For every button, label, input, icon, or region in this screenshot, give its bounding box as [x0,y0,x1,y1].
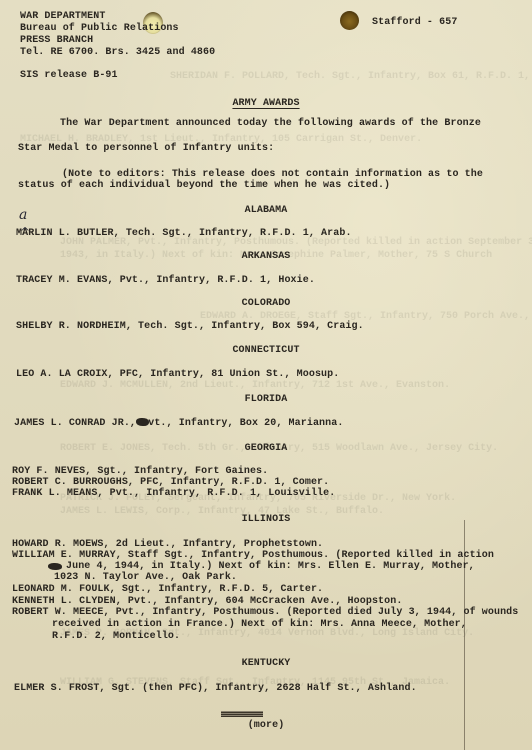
letterhead-department: WAR DEPARTMENT [20,11,105,23]
award-entry-continuation: 1023 N. Taylor Ave., Oak Park. [54,572,237,584]
bleed-through-text: EDWARD J. MCMULLEN, 2nd Lieut., Infantry… [60,380,450,391]
state-heading-illinois: ILLINOIS [0,514,532,526]
letterhead-bureau: Bureau of Public Relations [20,23,179,35]
state-heading-kentucky: KENTUCKY [0,658,532,670]
award-entry: ROBERT W. MEECE, Pvt., Infantry, Posthum… [12,607,518,619]
editor-note-line-2: status of each individual beyond the tim… [18,180,390,192]
document-page: SHERIDAN F. POLLARD, Tech. Sgt., Infantr… [0,0,532,750]
award-entry: LEO A. LA CROIX, PFC, Infantry, 81 Union… [16,369,339,381]
state-heading-florida: FLORIDA [0,394,532,406]
award-entry: LEONARD M. FOULK, Sgt., Infantry, R.F.D.… [12,584,323,596]
award-entry-continuation: R.F.D. 2, Monticello. [52,631,180,643]
award-entry: FRANK L. MEANS, Pvt., Infantry, R.F.D. 1… [12,488,335,500]
state-heading-colorado: COLORADO [0,298,532,310]
punch-hole [340,11,359,30]
state-heading-connecticut: CONNECTICUT [0,345,532,357]
award-entry: MARLIN L. BUTLER, Tech. Sgt., Infantry, … [16,228,352,240]
file-reference: Stafford - 657 [372,17,457,29]
intro-line-1: The War Department announced today the f… [60,118,481,130]
ink-smudge [48,563,62,570]
ink-smudge [136,418,149,426]
continued-marker: (more) [0,720,532,732]
award-entry: ELMER S. FROST, Sgt. (then PFC), Infantr… [14,683,417,695]
state-heading-arkansas: ARKANSAS [0,251,532,263]
state-heading-georgia: GEORGIA [0,443,532,455]
struck-out-text [221,711,263,717]
handwritten-correction: a [19,207,27,223]
intro-line-2: Star Medal to personnel of Infantry unit… [18,143,274,155]
award-entry: SHELBY R. NORDHEIM, Tech. Sgt., Infantry… [16,321,364,333]
letterhead-branch: PRESS BRANCH [20,35,93,47]
letterhead-phone: Tel. RE 6700. Brs. 3425 and 4860 [20,47,215,59]
state-heading-alabama: ALABAMA [0,205,532,217]
award-entry-continuation: received in action in France.) Next of k… [52,619,467,631]
award-entry: TRACEY M. EVANS, Pvt., Infantry, R.F.D. … [16,275,315,287]
document-title: ARMY AWARDS [0,98,532,110]
release-id: SIS release B-91 [20,70,118,82]
award-entry: JAMES L. CONRAD JR., Pvt., Infantry, Box… [14,418,343,430]
bleed-through-text: SHERIDAN F. POLLARD, Tech. Sgt., Infantr… [170,71,532,82]
